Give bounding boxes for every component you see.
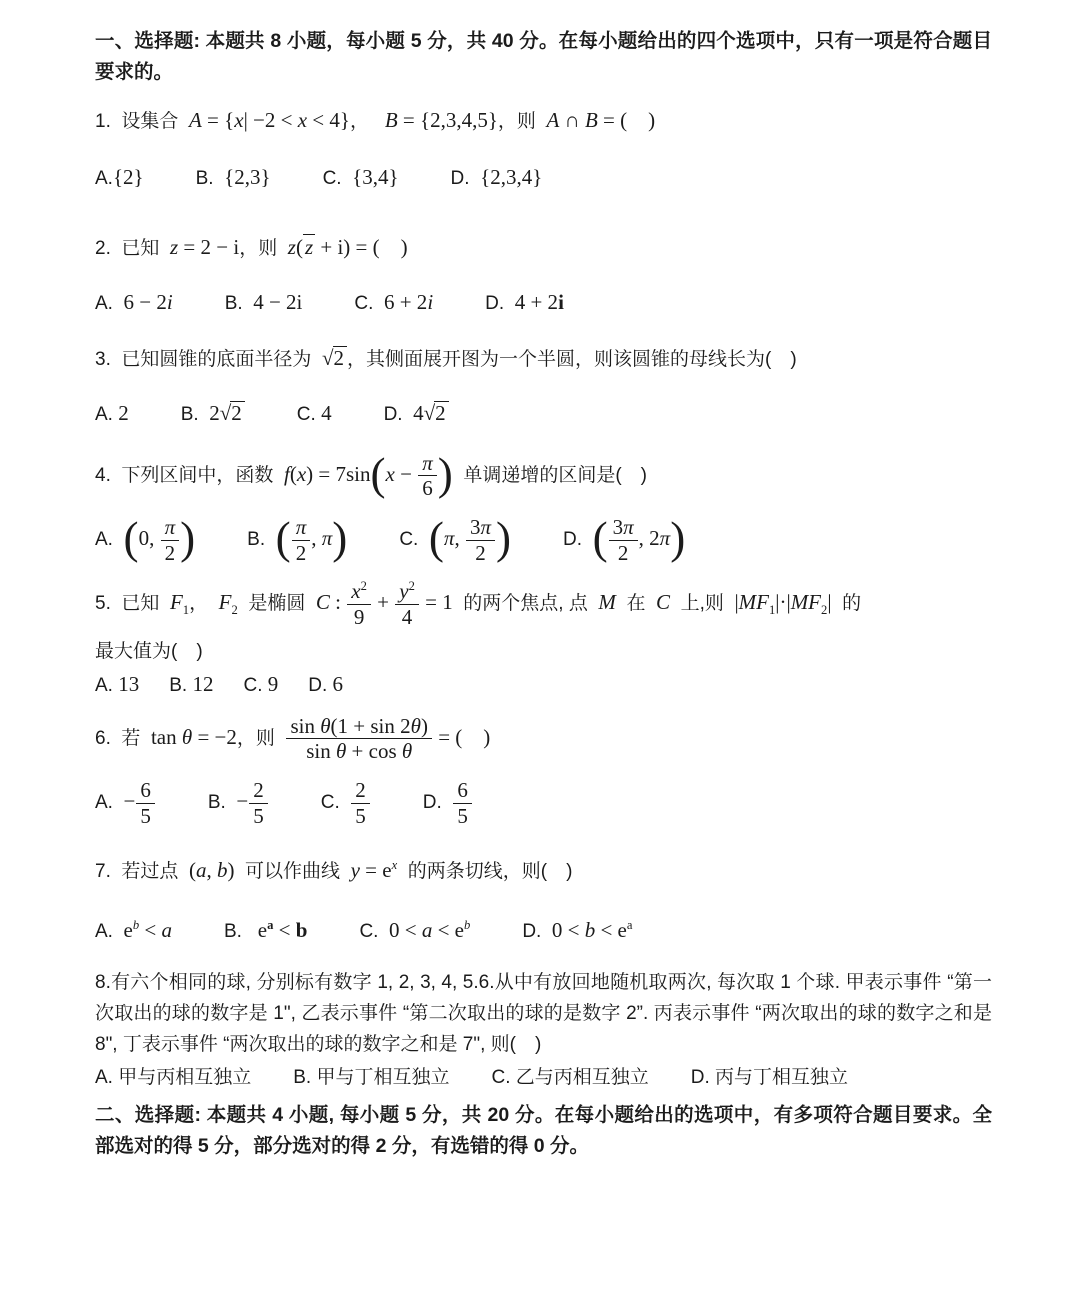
question-8-stem: 8.有六个相同的球, 分别标有数字 1, 2, 3, 4, 5.6.从中有放回地… bbox=[95, 968, 992, 1060]
question-5-stem-line2: 最大值为( ) bbox=[95, 638, 992, 667]
question-3-options: A. 2B. 2√2C. 4D. 4√2 bbox=[95, 398, 992, 430]
question-7-stem: 7. 若过点 (a, b) 可以作曲线 y = ex 的两条切线，则( ) bbox=[95, 855, 992, 887]
question-2-options: A. 6 − 2iB. 4 − 2iC. 6 + 2iD. 4 + 2i bbox=[95, 287, 992, 319]
question-6-stem: 6. 若 tan θ = −2，则 sin θ(1 + sin 2θ)sin θ… bbox=[95, 715, 992, 763]
question-8: 8.有六个相同的球, 分别标有数字 1, 2, 3, 4, 5.6.从中有放回地… bbox=[95, 968, 992, 1092]
question-3: 3. 已知圆锥的底面半径为 √2，其侧面展开图为一个半圆，则该圆锥的母线长为( … bbox=[95, 343, 992, 430]
question-4-options: A. (0, π2)B. (π2, π)C. (π, 3π2)D. (3π2, … bbox=[95, 516, 992, 564]
question-5: 5. 已知 F1， F2 是椭圆 C : x29 + y24 = 1 的两个焦点… bbox=[95, 580, 992, 700]
section1-header: 一、选择题: 本题共 8 小题，每小题 5 分，共 40 分。在每小题给出的四个… bbox=[95, 26, 992, 88]
question-1-stem: 1. 设集合 A = {x| −2 < x < 4}， B = {2,3,4,5… bbox=[95, 105, 992, 137]
question-2-stem: 2. 已知 z = 2 − i，则 z(z + i) = ( ) bbox=[95, 232, 992, 264]
question-6: 6. 若 tan θ = −2，则 sin θ(1 + sin 2θ)sin θ… bbox=[95, 715, 992, 828]
exam-page: 一、选择题: 本题共 8 小题，每小题 5 分，共 40 分。在每小题给出的四个… bbox=[0, 0, 1080, 1304]
question-7-options: A. eb < aB. ea < bC. 0 < a < ebD. 0 < b … bbox=[95, 915, 992, 947]
question-5-stem: 5. 已知 F1， F2 是椭圆 C : x29 + y24 = 1 的两个焦点… bbox=[95, 580, 992, 628]
question-2: 2. 已知 z = 2 − i，则 z(z + i) = ( ) A. 6 − … bbox=[95, 232, 992, 319]
question-7: 7. 若过点 (a, b) 可以作曲线 y = ex 的两条切线，则( ) A.… bbox=[95, 855, 992, 946]
question-8-options: A. 甲与丙相互独立B. 甲与丁相互独立C. 乙与丙相互独立D. 丙与丁相互独立 bbox=[95, 1064, 992, 1093]
section2-header: 二、选择题: 本题共 4 小题, 每小题 5 分，共 20 分。在每小题给出的选… bbox=[95, 1100, 992, 1162]
question-1: 1. 设集合 A = {x| −2 < x < 4}， B = {2,3,4,5… bbox=[95, 105, 992, 194]
question-4-stem: 4. 下列区间中，函数 f(x) = 7sin(x − π6) 单调递增的区间是… bbox=[95, 452, 992, 500]
question-6-options: A. −65B. −25C. 25D. 65 bbox=[95, 779, 992, 827]
question-1-options: A.{2}B. {2,3}C. {3,4}D. {2,3,4} bbox=[95, 162, 992, 194]
question-5-options: A. 13B. 12C. 9D. 6 bbox=[95, 669, 992, 701]
question-3-stem: 3. 已知圆锥的底面半径为 √2，其侧面展开图为一个半圆，则该圆锥的母线长为( … bbox=[95, 343, 992, 375]
question-4: 4. 下列区间中，函数 f(x) = 7sin(x − π6) 单调递增的区间是… bbox=[95, 452, 992, 565]
